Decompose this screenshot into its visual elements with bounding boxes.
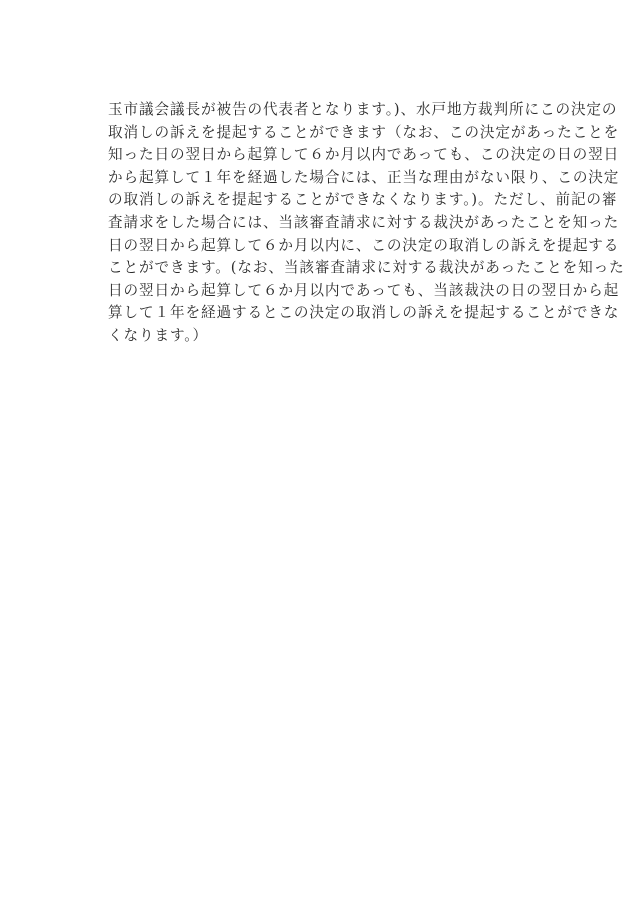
paragraph-line: 取消しの訴えを提起することができます（なお、この決定があったことを — [108, 122, 548, 145]
paragraph-line: 玉市議会議長が被告の代表者となります。)、水戸地方裁判所にこの決定の — [108, 99, 548, 122]
document-page: 玉市議会議長が被告の代表者となります。)、水戸地方裁判所にこの決定の 取消しの訴… — [0, 0, 630, 903]
paragraph-line: から起算して１年を経過した場合には、正当な理由がない限り、この決定 — [108, 167, 548, 190]
paragraph-line: 日の翌日から起算して６か月以内に、この決定の取消しの訴えを提起する — [108, 235, 548, 258]
paragraph-line: くなります。） — [108, 325, 548, 348]
paragraph-line: ことができます。(なお、当該審査請求に対する裁決があったことを知った — [108, 257, 548, 280]
paragraph-line: 査請求をした場合には、当該審査請求に対する裁決があったことを知った — [108, 212, 548, 235]
paragraph-line: の取消しの訴えを提起することができなくなります。)。ただし、前記の審 — [108, 189, 548, 212]
paragraph-line: 算して１年を経過するとこの決定の取消しの訴えを提起することができな — [108, 302, 548, 325]
paragraph-line: 日の翌日から起算して６か月以内であっても、当該裁決の日の翌日から起 — [108, 280, 548, 303]
paragraph-line: 知った日の翌日から起算して６か月以内であっても、この決定の日の翌日 — [108, 144, 548, 167]
body-paragraph: 玉市議会議長が被告の代表者となります。)、水戸地方裁判所にこの決定の 取消しの訴… — [108, 99, 548, 348]
